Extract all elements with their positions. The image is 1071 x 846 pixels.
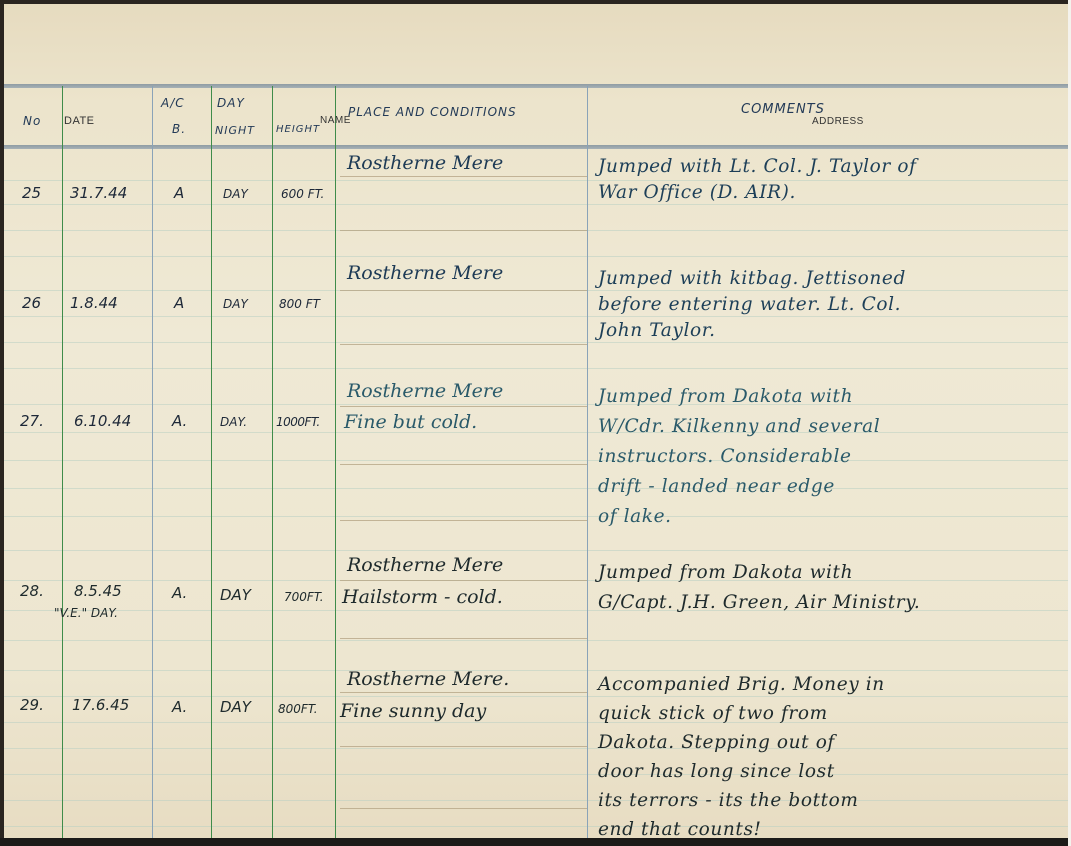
entry-aircraft: A. <box>172 584 187 602</box>
ruled-line <box>4 550 1071 551</box>
comment-line: of lake. <box>598 502 1068 532</box>
entry-day-night: DAY <box>223 187 248 201</box>
entry-comment: Jumped from Dakota with G/Capt. J.H. Gre… <box>598 558 1068 618</box>
header-day: DAY <box>217 96 245 110</box>
entry-aircraft: A. <box>172 698 187 716</box>
entry-date: 31.7.44 <box>70 184 127 202</box>
comment-line: Jumped with Lt. Col. J. Taylor of <box>598 154 1068 180</box>
entry-date: 1.8.44 <box>70 294 118 312</box>
header-top-rule <box>4 84 1071 88</box>
entry-comment: Jumped from Dakota with W/Cdr. Kilkenny … <box>598 382 1068 532</box>
entry-conditions: Fine sunny day <box>340 700 486 722</box>
entry-day-night: DAY. <box>220 415 247 429</box>
column-divider-height-place <box>335 86 336 840</box>
comment-line: instructors. Considerable <box>598 442 1068 472</box>
ruled-line <box>4 640 1071 641</box>
place-rule <box>340 520 588 521</box>
comment-line: its terrors - its the bottom <box>598 786 1068 815</box>
entry-date-note: "V.E." DAY. <box>54 606 118 620</box>
place-rule <box>340 290 588 291</box>
column-divider-date-ac <box>152 86 153 840</box>
header-date: DATE <box>64 115 95 127</box>
place-rule <box>340 230 588 231</box>
entry-aircraft: A. <box>172 412 187 430</box>
entry-height: 700FT. <box>284 590 324 604</box>
place-rule <box>340 692 588 693</box>
entry-no: 28. <box>20 582 44 600</box>
comment-line: Dakota. Stepping out of <box>598 728 1068 757</box>
entry-height: 800FT. <box>278 702 318 716</box>
entry-no: 26 <box>22 294 41 312</box>
entry-aircraft: A <box>174 294 184 312</box>
place-rule <box>340 746 588 747</box>
comment-line: drift - landed near edge <box>598 472 1068 502</box>
place-rule <box>340 344 588 345</box>
entry-date: 6.10.44 <box>74 412 131 430</box>
entry-comment: Accompanied Brig. Money in quick stick o… <box>598 670 1068 844</box>
header-no: No <box>23 114 41 128</box>
comment-line: Jumped from Dakota with <box>598 382 1068 412</box>
entry-day-night: DAY <box>220 698 251 716</box>
column-divider-day-height <box>272 86 273 840</box>
comment-line: War Office (D. AIR). <box>598 180 1068 206</box>
comment-line: door has long since lost <box>598 757 1068 786</box>
column-divider-place-comments <box>587 86 588 840</box>
place-rule <box>340 464 588 465</box>
entry-conditions: Hailstorm - cold. <box>342 586 503 608</box>
header-ac: A/C <box>161 96 185 110</box>
entry-place: Rostherne Mere <box>347 380 503 402</box>
column-divider-no-date <box>62 86 63 840</box>
comment-line: G/Capt. J.H. Green, Air Ministry. <box>598 588 1068 618</box>
place-rule <box>340 808 588 809</box>
entry-place: Rostherne Mere <box>347 262 503 284</box>
place-rule <box>340 176 588 177</box>
place-rule <box>340 580 588 581</box>
comment-line: before entering water. Lt. Col. <box>598 292 1068 318</box>
entry-place: Rostherne Mere <box>347 554 503 576</box>
header-bottom-rule <box>4 145 1071 149</box>
header-place-conditions: PLACE AND CONDITIONS <box>348 105 517 119</box>
comment-line: Jumped from Dakota with <box>598 558 1068 588</box>
entry-aircraft: A <box>174 184 184 202</box>
entry-no: 25 <box>22 184 41 202</box>
comment-line: John Taylor. <box>598 318 1068 344</box>
comment-line: Accompanied Brig. Money in <box>598 670 1068 699</box>
comment-line: W/Cdr. Kilkenny and several <box>598 412 1068 442</box>
entry-comment: Jumped with kitbag. Jettisoned before en… <box>598 266 1068 344</box>
page-bottom-edge <box>0 838 1071 846</box>
ruled-line <box>4 368 1071 369</box>
entry-conditions: Fine but cold. <box>344 411 477 433</box>
entry-height: 600 FT. <box>281 187 324 201</box>
header-name-printed: NAME <box>320 115 351 126</box>
header-b: B. <box>172 122 186 136</box>
header-night: NIGHT <box>215 124 255 137</box>
header-address-printed: ADDRESS <box>812 116 864 127</box>
header-comments: COMMENTS <box>741 102 825 117</box>
entry-height: 1000FT. <box>276 415 320 429</box>
entry-height: 800 FT <box>279 297 320 311</box>
entry-place: Rostherne Mere. <box>347 668 509 690</box>
entry-date: 8.5.45 <box>74 582 122 600</box>
entry-day-night: DAY <box>223 297 248 311</box>
header-height: HEIGHT <box>276 124 320 135</box>
entry-comment: Jumped with Lt. Col. J. Taylor of War Of… <box>598 154 1068 206</box>
place-rule <box>340 638 588 639</box>
comment-line: Jumped with kitbag. Jettisoned <box>598 266 1068 292</box>
entry-no: 29. <box>20 696 44 714</box>
column-divider-ac-day <box>211 86 212 840</box>
entry-date: 17.6.45 <box>72 696 129 714</box>
entry-no: 27. <box>20 412 44 430</box>
comment-line: quick stick of two from <box>598 699 1068 728</box>
entry-place: Rostherne Mere <box>347 152 503 174</box>
entry-day-night: DAY <box>220 586 251 604</box>
logbook-page: No DATE A/C B. DAY NIGHT HEIGHT NAME PLA… <box>4 4 1071 840</box>
ruled-line <box>4 256 1071 257</box>
place-rule <box>340 406 588 407</box>
